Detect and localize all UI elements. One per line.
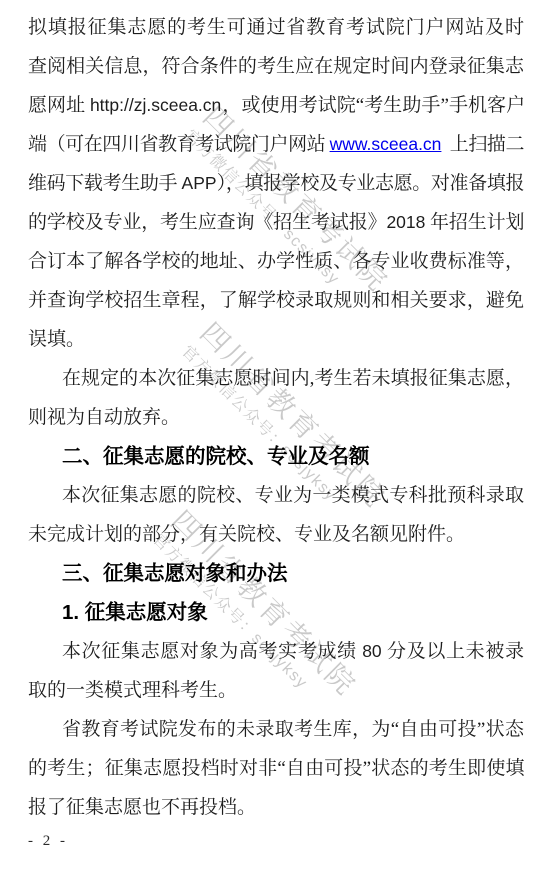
year-text: 2018 [386, 212, 425, 232]
text-line: 本次征集志愿对象为高考实考成绩 80 分及以上未被录 [28, 632, 524, 671]
text-run: 本次征集志愿对象为高考实考成绩 [62, 641, 362, 662]
document-page: 四川省教育考试院 官方微信公众号：scsjyksy 四川省教育考试院 官方微信公… [0, 0, 552, 875]
sceea-link[interactable]: www.sceea.cn [330, 134, 446, 154]
text-line: 拟填报征集志愿的考生可通过省教育考试院门户网站及时 [28, 8, 524, 47]
text-line: 并查询学校招生章程，了解学校录取规则和相关要求，避免 [28, 281, 524, 320]
text-line: 愿网址 http://zj.sceea.cn，或使用考试院“考生助手”手机客户 [28, 86, 524, 125]
section-heading-3: 三、征集志愿对象和办法 [28, 554, 524, 593]
text-run: 分及以上未被录 [382, 641, 524, 662]
text-run: 取的一类模式理科考生。 [28, 680, 237, 701]
text-line: 查阅相关信息，符合条件的考生应在规定时间内登录征集志 [28, 47, 524, 86]
text-line: 本次征集志愿的院校、专业为一类模式专科批预科录取 [28, 476, 524, 515]
section-heading-2: 二、征集志愿的院校、专业及名额 [28, 437, 524, 476]
text-run: 报了征集志愿也不再投档。 [28, 797, 256, 818]
text-run: 合订本了解各学校的地址、办学性质、各专业收费标准等， [28, 251, 524, 272]
text-line: 合订本了解各学校的地址、办学性质、各专业收费标准等， [28, 242, 524, 281]
heading-text: 1. 征集志愿对象 [62, 601, 208, 624]
text-run: 的学校及专业，考生应查询《招生考试报》 [28, 212, 386, 233]
text-run: 上扫描二 [445, 134, 524, 155]
text-run: 未完成计划的部分，有关院校、专业及名额见附件。 [28, 524, 465, 545]
text-line: 未完成计划的部分，有关院校、专业及名额见附件。 [28, 515, 524, 554]
heading-text: 三、征集志愿对象和办法 [62, 562, 288, 585]
text-run: 维码下载考生助手 [28, 173, 182, 194]
text-line: 端（可在四川省教育考试院门户网站 www.sceea.cn 上扫描二 [28, 125, 524, 164]
score-text: 80 [362, 641, 381, 661]
text-line: 则视为自动放弃。 [28, 398, 524, 437]
text-run: 愿网址 [28, 95, 90, 116]
page-number: - 2 - [28, 833, 68, 850]
document-body: 拟填报征集志愿的考生可通过省教育考试院门户网站及时 查阅相关信息，符合条件的考生… [28, 8, 524, 827]
text-line: 维码下载考生助手 APP），填报学校及专业志愿。对准备填报 [28, 164, 524, 203]
text-run: ，或使用考试院“考生助手”手机客户 [221, 95, 524, 116]
text-line: 省教育考试院发布的未录取考生库，为“自由可投”状态 [28, 710, 524, 749]
text-line: 误填。 [28, 320, 524, 359]
text-run: 年招生计划 [425, 212, 524, 233]
text-run: 在规定的本次征集志愿时间内,考生若未填报征集志愿， [62, 368, 524, 389]
app-text: APP [182, 173, 217, 193]
text-line: 在规定的本次征集志愿时间内,考生若未填报征集志愿， [28, 359, 524, 398]
text-line: 的考生；征集志愿投档时对非“自由可投”状态的考生即使填 [28, 749, 524, 788]
text-run: 的考生；征集志愿投档时对非“自由可投”状态的考生即使填 [28, 758, 524, 779]
text-run: 省教育考试院发布的未录取考生库，为“自由可投”状态 [62, 719, 524, 740]
text-run: 误填。 [28, 329, 85, 350]
text-line: 的学校及专业，考生应查询《招生考试报》2018 年招生计划 [28, 203, 524, 242]
text-run: ），填报学校及专业志愿。对准备填报 [217, 173, 524, 194]
text-run: 拟填报征集志愿的考生可通过省教育考试院门户网站及时 [28, 17, 524, 38]
url-text: http://zj.sceea.cn [90, 95, 221, 115]
text-run: 本次征集志愿的院校、专业为一类模式专科批预科录取 [62, 485, 524, 506]
text-line: 取的一类模式理科考生。 [28, 671, 524, 710]
text-run: 则视为自动放弃。 [28, 407, 180, 428]
subsection-heading-1: 1. 征集志愿对象 [28, 593, 524, 632]
text-line: 报了征集志愿也不再投档。 [28, 788, 524, 827]
text-run: 并查询学校招生章程，了解学校录取规则和相关要求，避免 [28, 290, 524, 311]
text-run: 端（可在四川省教育考试院门户网站 [28, 134, 330, 155]
text-run: 查阅相关信息，符合条件的考生应在规定时间内登录征集志 [28, 56, 524, 77]
heading-text: 二、征集志愿的院校、专业及名额 [62, 445, 370, 468]
